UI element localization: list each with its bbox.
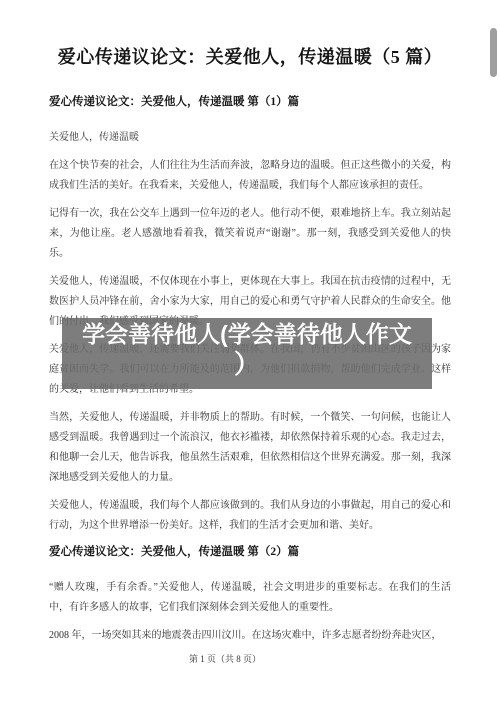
paragraph: 记得有一次，我在公交车上遇到一位年迈的老人。他行动不便，艰难地挤上车。我立刻站起… bbox=[49, 204, 451, 264]
paragraph: 2008 年，一场突如其来的地震袭击四川汶川。在这场灾难中，许多志愿者纷纷奔赴灾… bbox=[49, 626, 451, 646]
section-heading-1: 爱心传递议论文：关爱他人，传递温暖 第（1）篇 bbox=[49, 94, 451, 110]
paragraph: “赠人玫瑰，手有余香。”关爱他人，传递温暖，社会文明进步的重要标志。在我们的生活… bbox=[49, 578, 451, 618]
watermark-overlay: 学会善待他人(学会善待他人作文 ） bbox=[62, 318, 432, 389]
paragraph: 当然，关爱他人，传递温暖，并非物质上的帮助。有时候，一个微笑、一句问候，也能让人… bbox=[49, 408, 451, 488]
document-page: 爱心传递议论文：关爱他人，传递温暖（5 篇） 爱心传递议论文：关爱他人，传递温暖… bbox=[0, 0, 500, 706]
scrollbar-thumb[interactable] bbox=[490, 28, 497, 77]
paragraph: 关爱他人，传递温暖，我们每个人都应该做到的。我们从身边的小事做起，用自己的爱心和… bbox=[49, 496, 451, 536]
paragraph: 在这个快节奏的社会，人们往往为生活而奔波，忽略身边的温暖。但正这些微小的关爱，构… bbox=[49, 156, 451, 196]
watermark-text-line1: 学会善待他人(学会善待他人作文 bbox=[82, 319, 412, 349]
watermark-text-line2: ） bbox=[234, 347, 260, 381]
document-title: 爱心传递议论文：关爱他人，传递温暖（5 篇） bbox=[49, 45, 451, 70]
paragraph: 关爱他人，传递温暖 bbox=[49, 128, 451, 148]
page-number: 第 1 页（共 8 页） bbox=[0, 652, 475, 665]
section-heading-2: 爱心传递议论文：关爱他人，传递温暖 第（2）篇 bbox=[49, 544, 451, 560]
